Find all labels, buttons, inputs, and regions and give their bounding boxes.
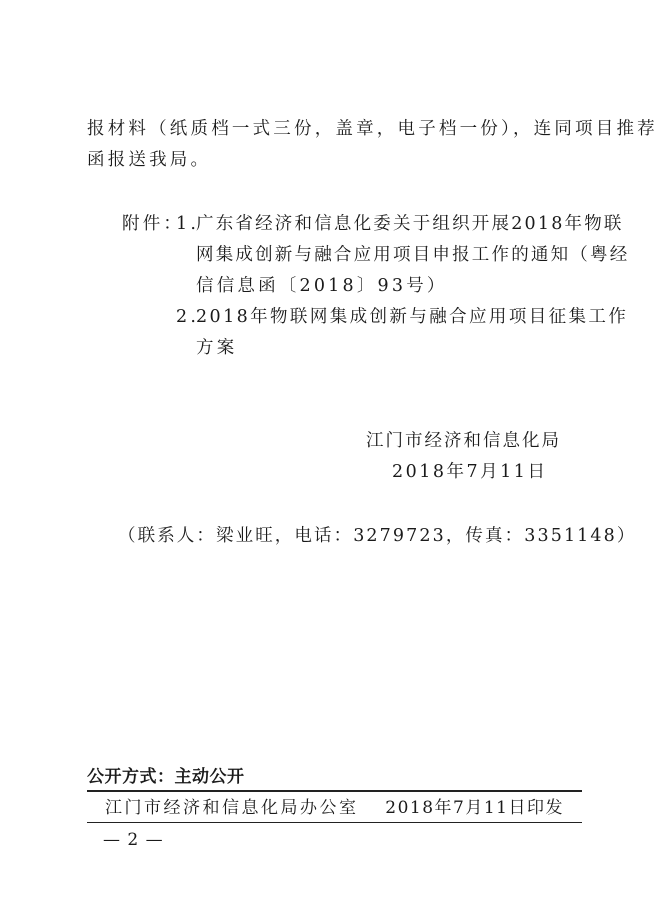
signature-organization: 江门市经济和信息化局	[366, 430, 561, 452]
issuing-office: 江门市经济和信息化局办公室	[105, 797, 359, 819]
contact-info: （联系人：梁业旺，电话：3279723，传真：3351148）	[118, 525, 636, 547]
attachment-1-line-3: 信信息函〔2018〕93号）	[196, 275, 448, 297]
attachment-2-line-1: 2018年物联网集成创新与融合应用项目征集工作	[196, 306, 628, 328]
issuance-row: 江门市经济和信息化局办公室 2018年7月11日印发	[87, 797, 582, 819]
body-paragraph-line-2: 函报送我局。	[87, 149, 211, 171]
attachment-1-line-2: 网集成创新与融合应用项目申报工作的通知（粤经	[196, 244, 629, 266]
page-number: — 2 —	[103, 829, 164, 851]
issue-date: 2018年7月11日印发	[385, 797, 564, 819]
signature-date: 2018年7月11日	[392, 461, 547, 483]
disclosure-method: 公开方式：主动公开	[87, 766, 245, 788]
attachment-1-line-1: 广东省经济和信息化委关于组织开展2018年物联	[196, 213, 624, 235]
footer-bottom-rule	[87, 822, 582, 823]
body-paragraph-line-1: 报材料（纸质档一式三份，盖章，电子档一份），连同项目推荐	[87, 118, 658, 140]
attachment-2-line-2: 方案	[196, 337, 237, 359]
attachments-label: 附件：	[122, 213, 184, 235]
footer-top-rule	[87, 790, 582, 792]
